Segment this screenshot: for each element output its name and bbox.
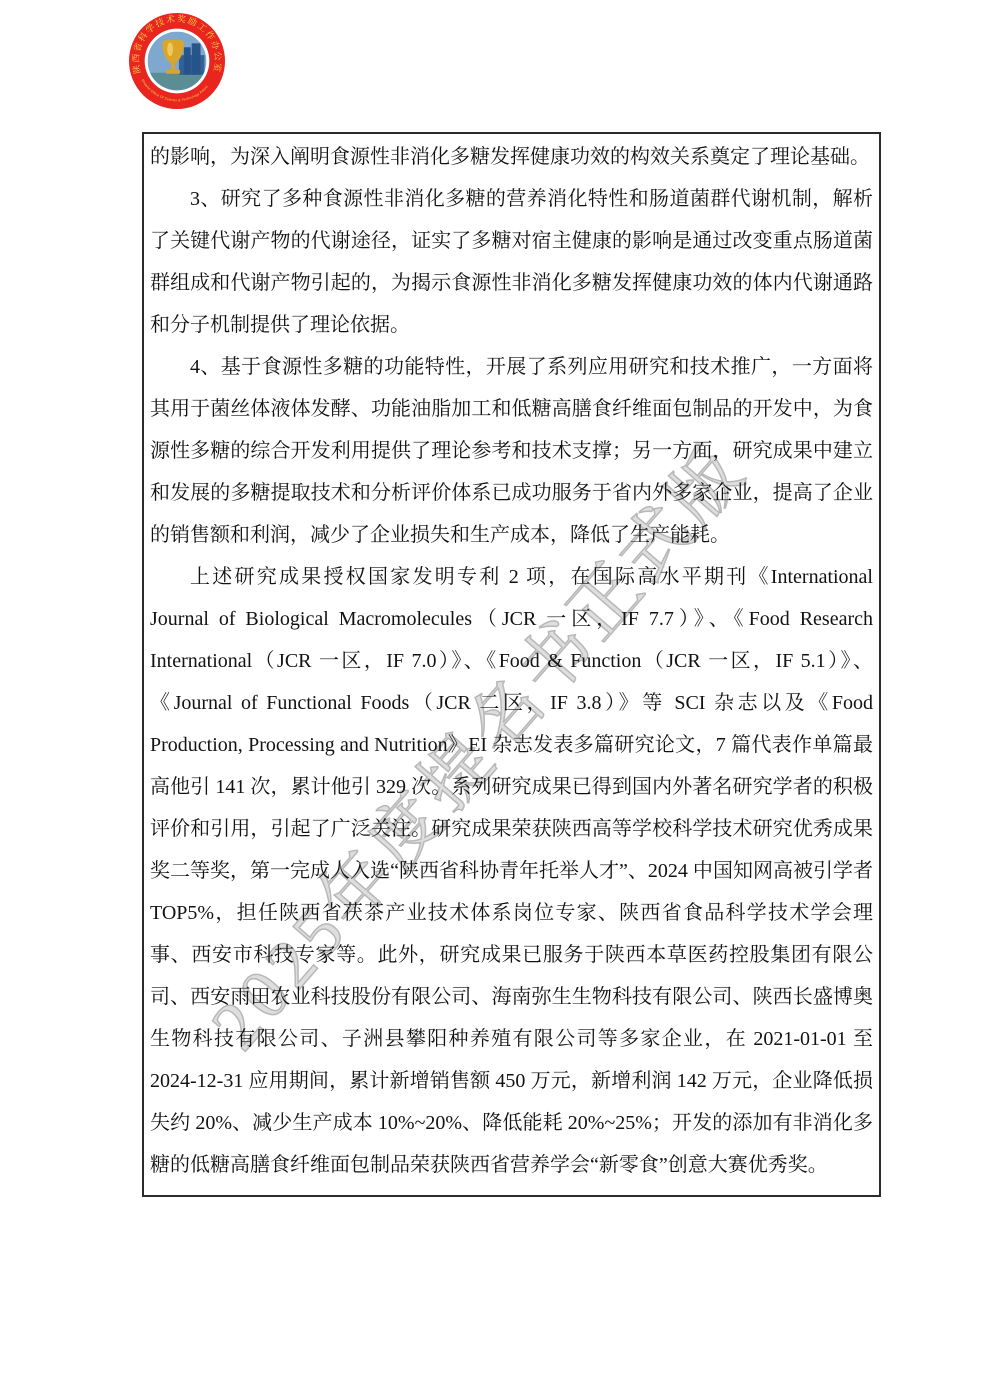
document-table-cell: 的影响，为深入阐明食源性非消化多糖发挥健康功效的构效关系奠定了理论基础。 3、研…	[142, 132, 881, 1197]
document-page: { "seal": { "ring_color": "#e8251f", "in…	[0, 0, 990, 1399]
paragraph-achievements: 上述研究成果授权国家发明专利 2 项，在国际高水平期刊《Internationa…	[150, 556, 873, 1186]
paragraph-point-3: 3、研究了多种食源性非消化多糖的营养消化特性和肠道菌群代谢机制，解析了关键代谢产…	[150, 178, 873, 346]
paragraph-continuation: 的影响，为深入阐明食源性非消化多糖发挥健康功效的构效关系奠定了理论基础。	[150, 136, 873, 178]
official-seal: 陕西省科学技术奖励工作办公室 Shaanxi Office Of Science…	[128, 12, 226, 110]
paragraph-point-4: 4、基于食源性多糖的功能特性，开展了系列应用研究和技术推广，一方面将其用于菌丝体…	[150, 346, 873, 556]
trophy-highlight	[167, 42, 173, 56]
seal-graphic: 陕西省科学技术奖励工作办公室 Shaanxi Office Of Science…	[128, 12, 226, 110]
seal-center-image	[148, 32, 207, 91]
